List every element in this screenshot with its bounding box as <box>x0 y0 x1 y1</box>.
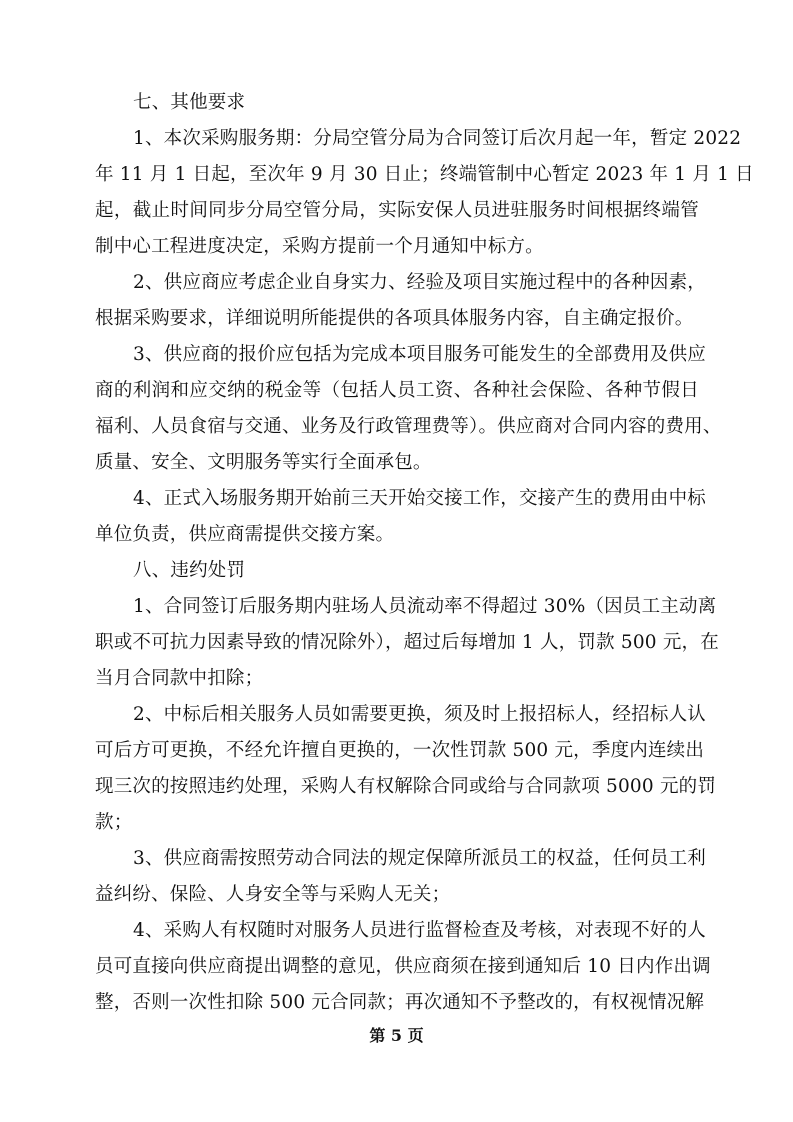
page-number: 第 5 页 <box>0 1024 793 1048</box>
paragraph-line: 4、采购人有权随时对服务人员进行监督检查及考核，对表现不好的人 <box>95 913 699 949</box>
paragraph-line: 款； <box>95 805 699 841</box>
paragraph-labor-rights: 3、供应商需按照劳动合同法的规定保障所派员工的权益，任何员工利 益纠纷、保险、人… <box>95 841 699 913</box>
paragraph-supplier-pricing-factors: 2、供应商应考虑企业自身实力、经验及项目实施过程中的各种因素， 根据采购要求，详… <box>95 265 699 337</box>
paragraph-line: 单位负责，供应商需提供交接方案。 <box>95 517 699 553</box>
paragraph-line: 起，截止时间同步分局空管分局，实际安保人员进驻服务时间根据终端管 <box>95 193 699 229</box>
section-heading-breach-penalties: 八、违约处罚 <box>95 553 699 589</box>
paragraph-line: 现三次的按照违约处理，采购人有权解除合同或给与合同款项 5000 元的罚 <box>95 769 699 805</box>
paragraph-line: 根据采购要求，详细说明所能提供的各项具体服务内容，自主确定报价。 <box>95 301 699 337</box>
paragraph-supervision-assessment: 4、采购人有权随时对服务人员进行监督检查及考核，对表现不好的人 员可直接向供应商… <box>95 913 699 1021</box>
paragraph-quote-inclusions: 3、供应商的报价应包括为完成本项目服务可能发生的全部费用及供应 商的利润和应交纳… <box>95 337 699 481</box>
paragraph-line: 员可直接向供应商提出调整的意见，供应商须在接到通知后 10 日内作出调 <box>95 949 699 985</box>
paragraph-line: 当月合同款中扣除； <box>95 661 699 697</box>
paragraph-line: 1、合同签订后服务期内驻场人员流动率不得超过 30%（因员工主动离 <box>95 589 699 625</box>
paragraph-line: 职或不可抗力因素导致的情况除外），超过后每增加 1 人，罚款 500 元，在 <box>95 625 699 661</box>
paragraph-line: 2、供应商应考虑企业自身实力、经验及项目实施过程中的各种因素， <box>95 265 699 301</box>
paragraph-line: 质量、安全、文明服务等实行全面承包。 <box>95 445 699 481</box>
paragraph-line: 1、本次采购服务期：分局空管分局为合同签订后次月起一年，暂定 2022 <box>95 121 699 157</box>
paragraph-handover: 4、正式入场服务期开始前三天开始交接工作，交接产生的费用由中标 单位负责，供应商… <box>95 481 699 553</box>
paragraph-line: 3、供应商需按照劳动合同法的规定保障所派员工的权益，任何员工利 <box>95 841 699 877</box>
document-body: 七、其他要求 1、本次采购服务期：分局空管分局为合同签订后次月起一年，暂定 20… <box>95 85 699 1021</box>
paragraph-line: 4、正式入场服务期开始前三天开始交接工作，交接产生的费用由中标 <box>95 481 699 517</box>
paragraph-line: 可后方可更换，不经允许擅自更换的，一次性罚款 500 元，季度内连续出 <box>95 733 699 769</box>
document-page: 七、其他要求 1、本次采购服务期：分局空管分局为合同签订后次月起一年，暂定 20… <box>0 0 793 1122</box>
paragraph-line: 整，否则一次性扣除 500 元合同款；再次通知不予整改的，有权视情况解 <box>95 985 699 1021</box>
paragraph-line: 3、供应商的报价应包括为完成本项目服务可能发生的全部费用及供应 <box>95 337 699 373</box>
paragraph-staff-turnover: 1、合同签订后服务期内驻场人员流动率不得超过 30%（因员工主动离 职或不可抗力… <box>95 589 699 697</box>
paragraph-line: 年 11 月 1 日起，至次年 9 月 30 日止；终端管制中心暂定 2023 … <box>95 157 699 193</box>
paragraph-line: 制中心工程进度决定，采购方提前一个月通知中标方。 <box>95 229 699 265</box>
paragraph-line: 益纠纷、保险、人身安全等与采购人无关； <box>95 877 699 913</box>
paragraph-line: 福利、人员食宿与交通、业务及行政管理费等）。供应商对合同内容的费用、 <box>95 409 699 445</box>
paragraph-service-period: 1、本次采购服务期：分局空管分局为合同签订后次月起一年，暂定 2022 年 11… <box>95 121 699 265</box>
section-heading-other-requirements: 七、其他要求 <box>95 85 699 121</box>
paragraph-line: 2、中标后相关服务人员如需要更换，须及时上报招标人，经招标人认 <box>95 697 699 733</box>
paragraph-line: 商的利润和应交纳的税金等（包括人员工资、各种社会保险、各种节假日 <box>95 373 699 409</box>
paragraph-staff-replacement: 2、中标后相关服务人员如需要更换，须及时上报招标人，经招标人认 可后方可更换，不… <box>95 697 699 841</box>
